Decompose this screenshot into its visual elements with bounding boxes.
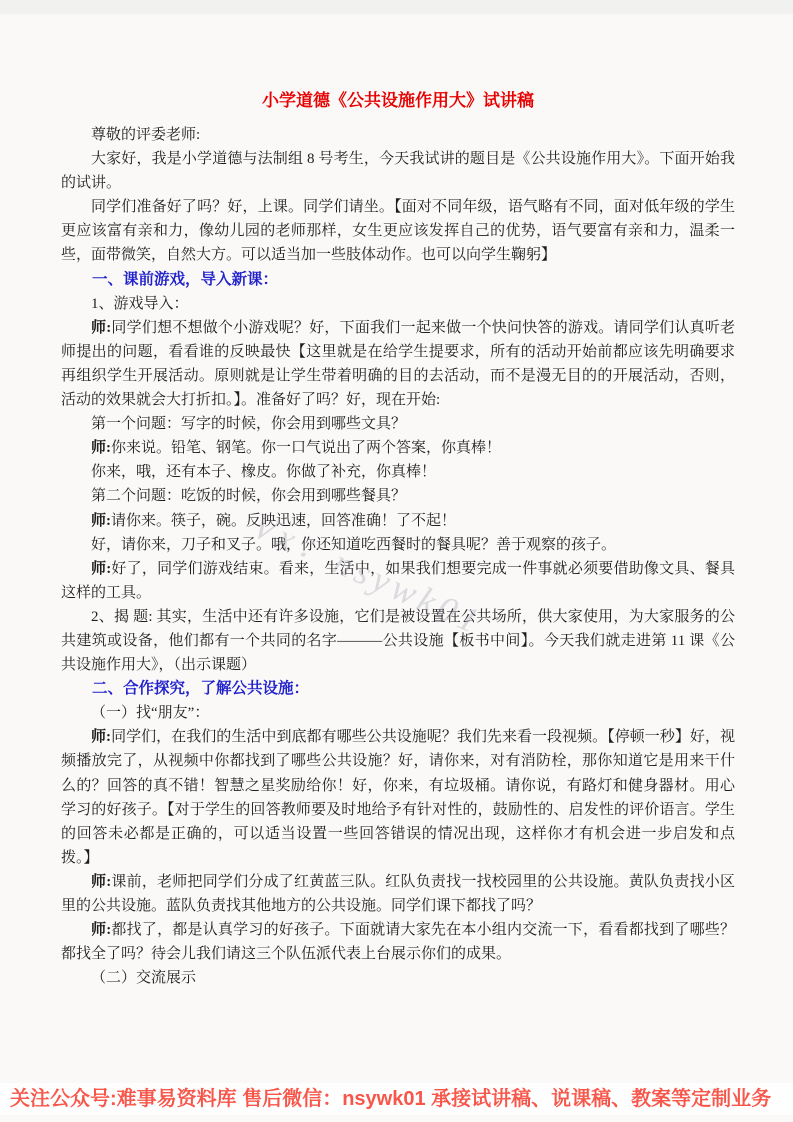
footer-banner: 关注公众号:难事易资料库 售后微信：nsywk01 承接试讲稿、说课稿、教案等定… (0, 1083, 793, 1115)
paragraph: 2、揭 题: 其实，生活中还有许多设施，它们是被设置在公共场所，供大家使用，为大… (61, 605, 735, 677)
paragraph: 1、游戏导入： (61, 292, 735, 316)
paragraph: 第一个问题：写字的时候，你会用到哪些文具？ (61, 412, 735, 436)
paragraph: 大家好，我是小学道德与法制组 8 号考生，今天我试讲的题目是《公共设施作用大》。… (61, 147, 735, 195)
speaker-prefix: 师: (91, 440, 111, 456)
paragraph: 师:请你来。筷子，碗。反映迅速，回答准确！了不起！ (61, 509, 735, 533)
paragraph: 师:都找了，都是认真学习的好孩子。下面就请大家先在本小组内交流一下，看看都找到了… (61, 918, 735, 966)
section-heading: 二、合作探究，了解公共设施： (61, 677, 735, 701)
paragraph: 好，请你来，刀子和叉子。哦，你还知道吃西餐时的餐具呢？善于观察的孩子。 (61, 533, 735, 557)
document-body: 尊敬的评委老师:大家好，我是小学道德与法制组 8 号考生，今天我试讲的题目是《公… (61, 123, 735, 990)
paragraph: 尊敬的评委老师: (61, 123, 735, 147)
speaker-prefix: 师: (91, 729, 111, 745)
document-page: 小学道德《公共设施作用大》试讲稿 尊敬的评委老师:大家好，我是小学道德与法制组 … (61, 88, 735, 990)
speaker-prefix: 师: (91, 922, 111, 938)
paragraph: 师:同学们，在我们的生活中到底都有哪些公共设施呢？我们先来看一段视频。【停顿一秒… (61, 725, 735, 870)
page-title: 小学道德《公共设施作用大》试讲稿 (61, 88, 735, 114)
speaker-prefix: 师: (91, 513, 111, 529)
paragraph: 第二个问题：吃饭的时候，你会用到哪些餐具？ (61, 484, 735, 508)
speaker-prefix: 师: (91, 320, 111, 336)
speaker-prefix: 师: (91, 874, 111, 890)
paragraph: 同学们准备好了吗？好，上课。同学们请坐。【面对不同年级，语气略有不同，面对低年级… (61, 195, 735, 267)
page-top-shade (0, 0, 793, 14)
paragraph: 师:你来说。铅笔、钢笔。你一口气说出了两个答案，你真棒！ (61, 436, 735, 460)
paragraph: （一）找“朋友”： (61, 701, 735, 725)
paragraph: 你来，哦，还有本子、橡皮。你做了补充，你真棒！ (61, 460, 735, 484)
paragraph: （二）交流展示 (61, 966, 735, 990)
speaker-prefix: 师: (91, 561, 111, 577)
paragraph: 师:同学们想不想做个小游戏呢？好，下面我们一起来做一个快问快答的游戏。请同学们认… (61, 316, 735, 412)
paragraph: 师:课前，老师把同学们分成了红黄蓝三队。红队负责找一找校园里的公共设施。黄队负责… (61, 870, 735, 918)
paragraph: 师:好了，同学们游戏结束。看来，生活中，如果我们想要完成一件事就必须要借助像文具… (61, 557, 735, 605)
section-heading: 一、课前游戏，导入新课： (61, 268, 735, 292)
